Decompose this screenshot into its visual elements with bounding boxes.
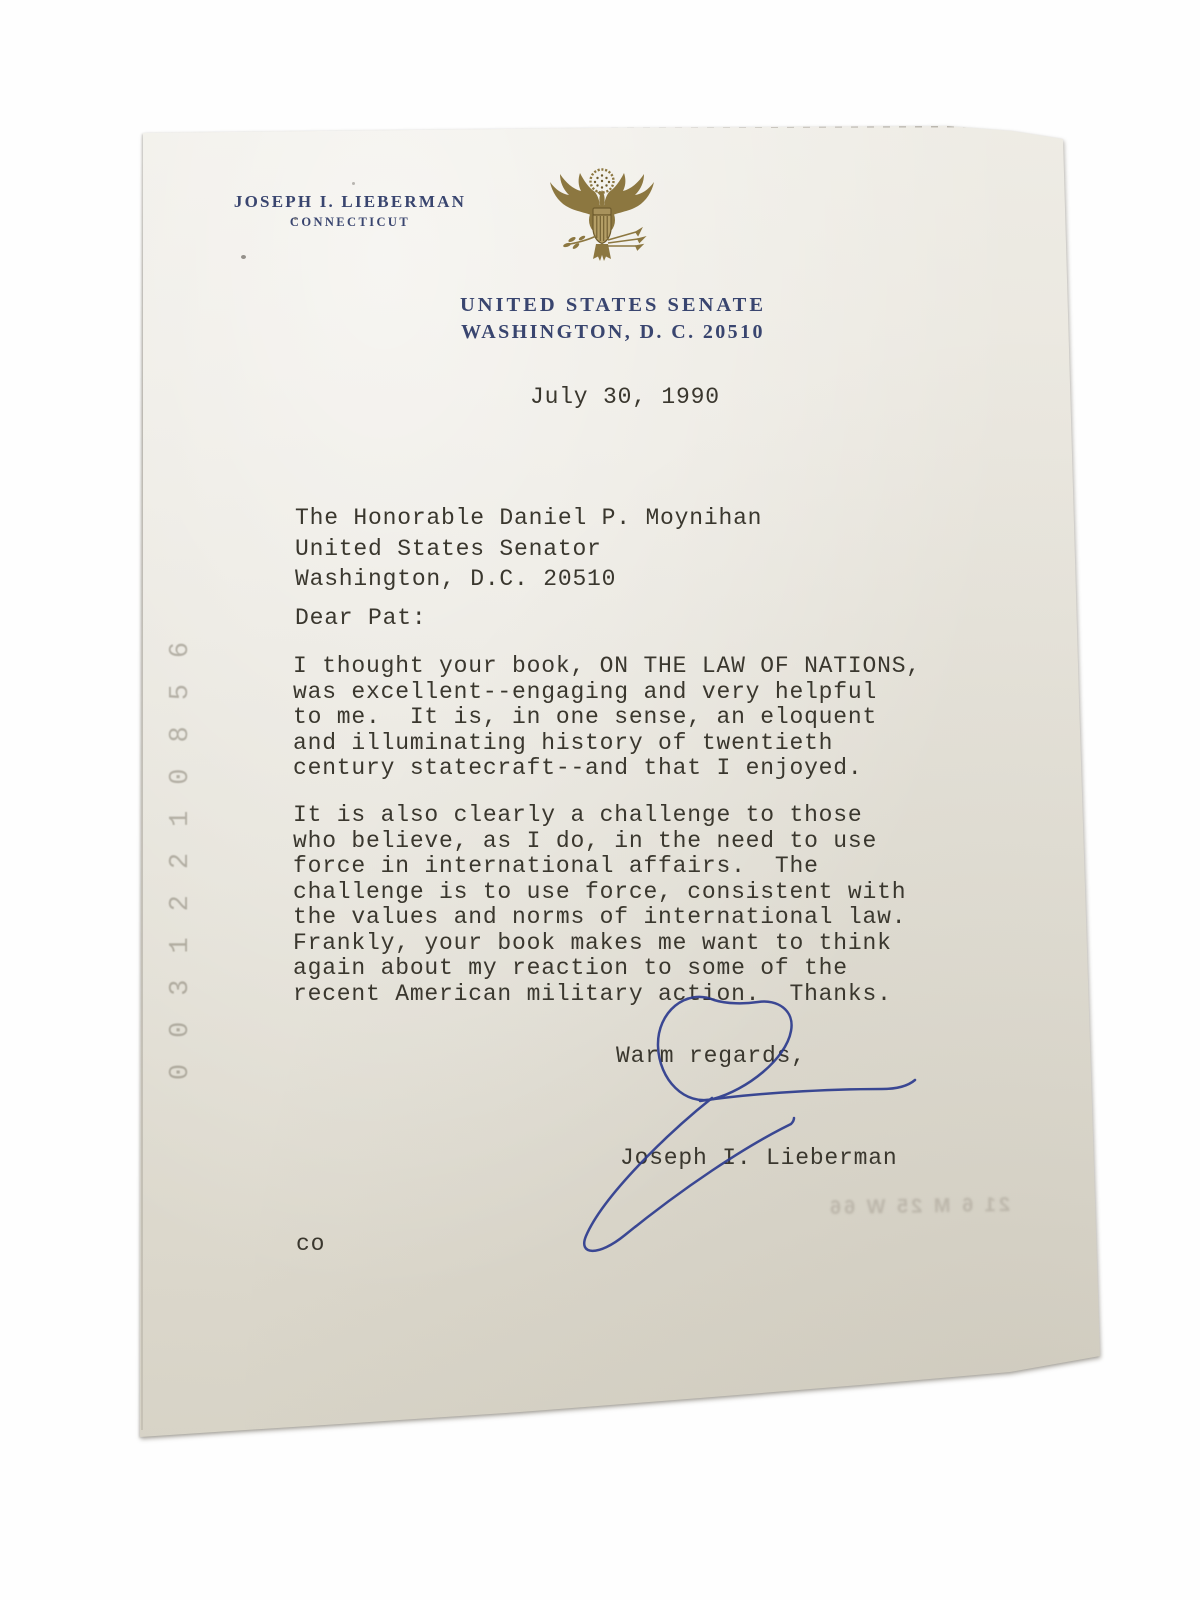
body-paragraph-2: It is also clearly a challenge to those … <box>293 803 906 1007</box>
us-senate-eagle-seal-icon <box>542 166 662 268</box>
arrow-bundle <box>608 229 644 250</box>
vertical-stamp-number: 00312210856 <box>166 598 196 1098</box>
signature-name: Joseph I. Lieberman <box>620 1146 897 1172</box>
closing: Warm regards, <box>616 1044 806 1070</box>
letter-photo: JOSEPH I. LIEBERMAN CONNECTICUT <box>0 0 1200 1600</box>
sender-state: CONNECTICUT <box>230 215 470 230</box>
eagle-shield <box>593 208 611 244</box>
recipient-address: The Honorable Daniel P. Moynihan United … <box>295 503 762 595</box>
olive-branch <box>563 235 596 250</box>
top-edge-marks <box>195 124 975 128</box>
org-address: WASHINGTON, D. C. 20510 <box>403 321 823 344</box>
paper-left-edge <box>141 134 143 1430</box>
paper-speck <box>352 182 355 185</box>
paper-shadow: JOSEPH I. LIEBERMAN CONNECTICUT <box>0 0 1200 1600</box>
letter-date: July 30, 1990 <box>530 385 720 411</box>
org-name: UNITED STATES SENATE <box>403 294 823 317</box>
bleed-through-stamp: 21 6 M 25 W 66 <box>775 1194 1010 1221</box>
salutation: Dear Pat: <box>295 606 426 632</box>
letter-paper: JOSEPH I. LIEBERMAN CONNECTICUT <box>0 0 1200 1600</box>
paper-speck <box>241 255 246 259</box>
seal-star-cluster <box>594 174 610 188</box>
sender-name: JOSEPH I. LIEBERMAN <box>230 192 470 212</box>
letter-content: JOSEPH I. LIEBERMAN CONNECTICUT <box>0 0 1200 1600</box>
typist-initials: co <box>296 1232 325 1258</box>
body-paragraph-1: I thought your book, ON THE LAW OF NATIO… <box>293 654 921 782</box>
